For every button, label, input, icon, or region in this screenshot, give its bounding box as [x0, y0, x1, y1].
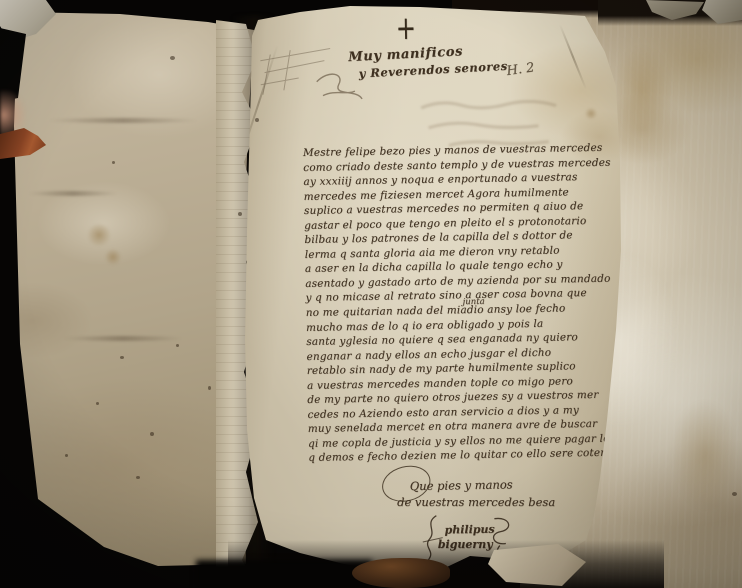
ink-fleck	[170, 56, 175, 60]
foxing-spot	[86, 224, 112, 246]
letter-text-layer: + Muy manificos y Reverendos senores H. …	[239, 0, 633, 583]
interline-insertion: junta	[463, 297, 485, 307]
parchment-stain	[670, 400, 740, 510]
cover-smudge	[63, 336, 183, 341]
archival-number: H. 2	[506, 60, 536, 79]
letter-body: Mestre felipe bezo pies y manos de vuest…	[303, 141, 621, 466]
ink-fleck	[208, 386, 211, 390]
ink-fleck	[65, 454, 68, 457]
ink-fleck	[136, 476, 140, 479]
ink-fleck	[120, 356, 124, 359]
cross-mark: +	[395, 9, 416, 47]
cover-smudge	[28, 191, 118, 196]
photo-backdrop: + Muy manificos y Reverendos senores H. …	[0, 0, 742, 588]
closing-line-1: Que pies y manos	[410, 477, 513, 493]
ink-fleck	[150, 432, 154, 436]
ink-fleck	[176, 344, 179, 347]
letter-page: + Muy manificos y Reverendos senores H. …	[242, 4, 626, 582]
cover-smudge	[48, 118, 198, 123]
parchment-stain	[612, 46, 672, 136]
foxing-spot	[104, 249, 122, 265]
ink-fleck	[732, 492, 737, 496]
closing-line-2: de vuestras mercedes besa	[397, 495, 555, 509]
crumpled-paper-scrap	[352, 558, 450, 588]
ink-fleck	[96, 402, 99, 405]
ink-fleck	[112, 161, 115, 164]
background-gap	[196, 560, 372, 588]
